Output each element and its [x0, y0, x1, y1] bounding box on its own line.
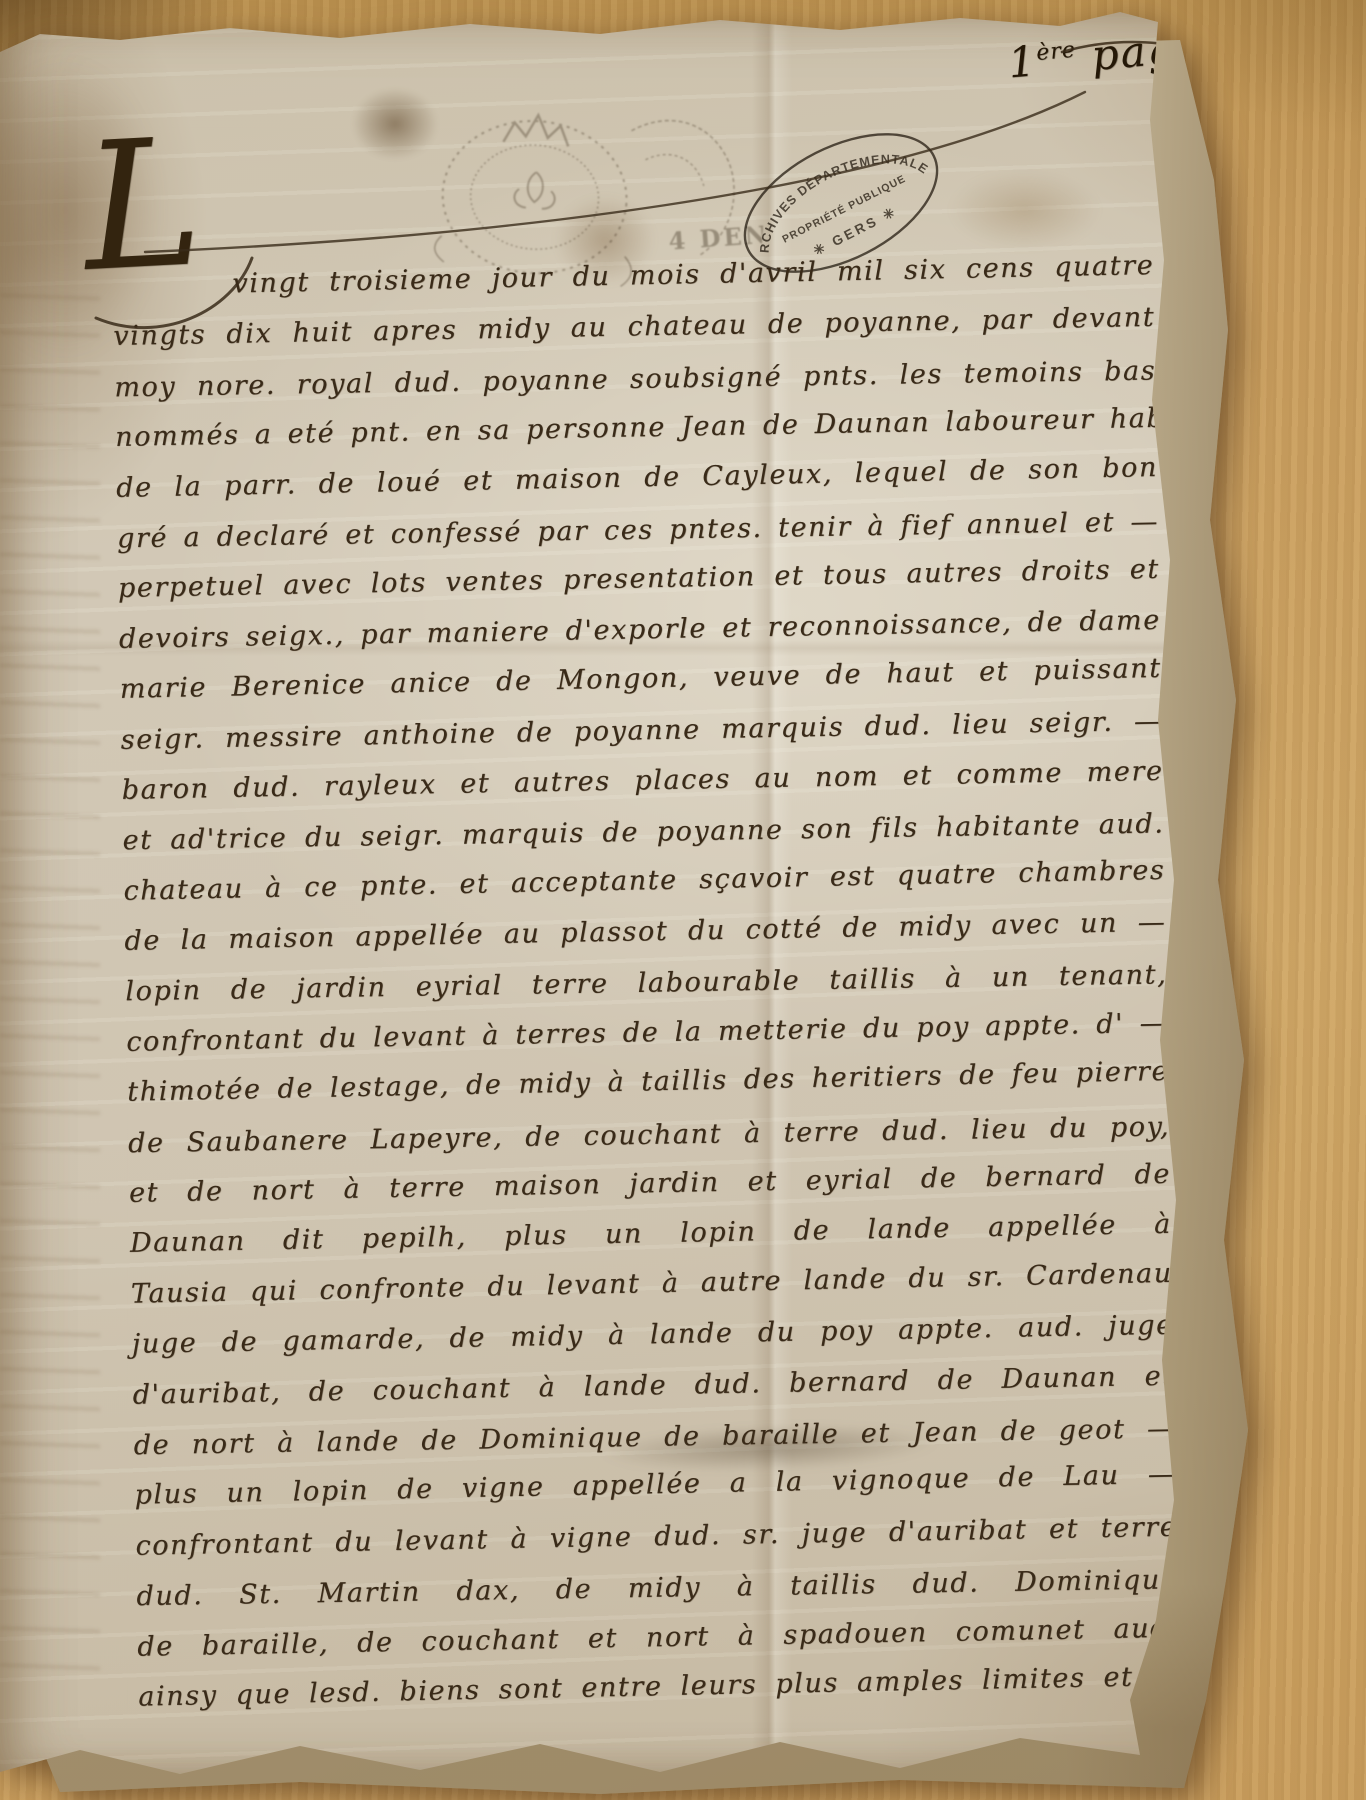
verso-ink-showthrough [0, 280, 100, 1700]
annotation-superscript: ère [1035, 38, 1077, 66]
manuscript-sheet-wrapper: 4 DEN ARCHIVES DÉPARTEMENTALES PROPRIÉTÉ… [0, 0, 1366, 1800]
manuscript-page: 4 DEN ARCHIVES DÉPARTEMENTALES PROPRIÉTÉ… [0, 0, 1366, 1800]
annotation-word: page [1090, 22, 1206, 81]
annotation-numeral: 1 [1006, 36, 1039, 87]
manuscript-lines: vingt troisieme jour du mois d'avril mil… [112, 243, 1181, 1723]
